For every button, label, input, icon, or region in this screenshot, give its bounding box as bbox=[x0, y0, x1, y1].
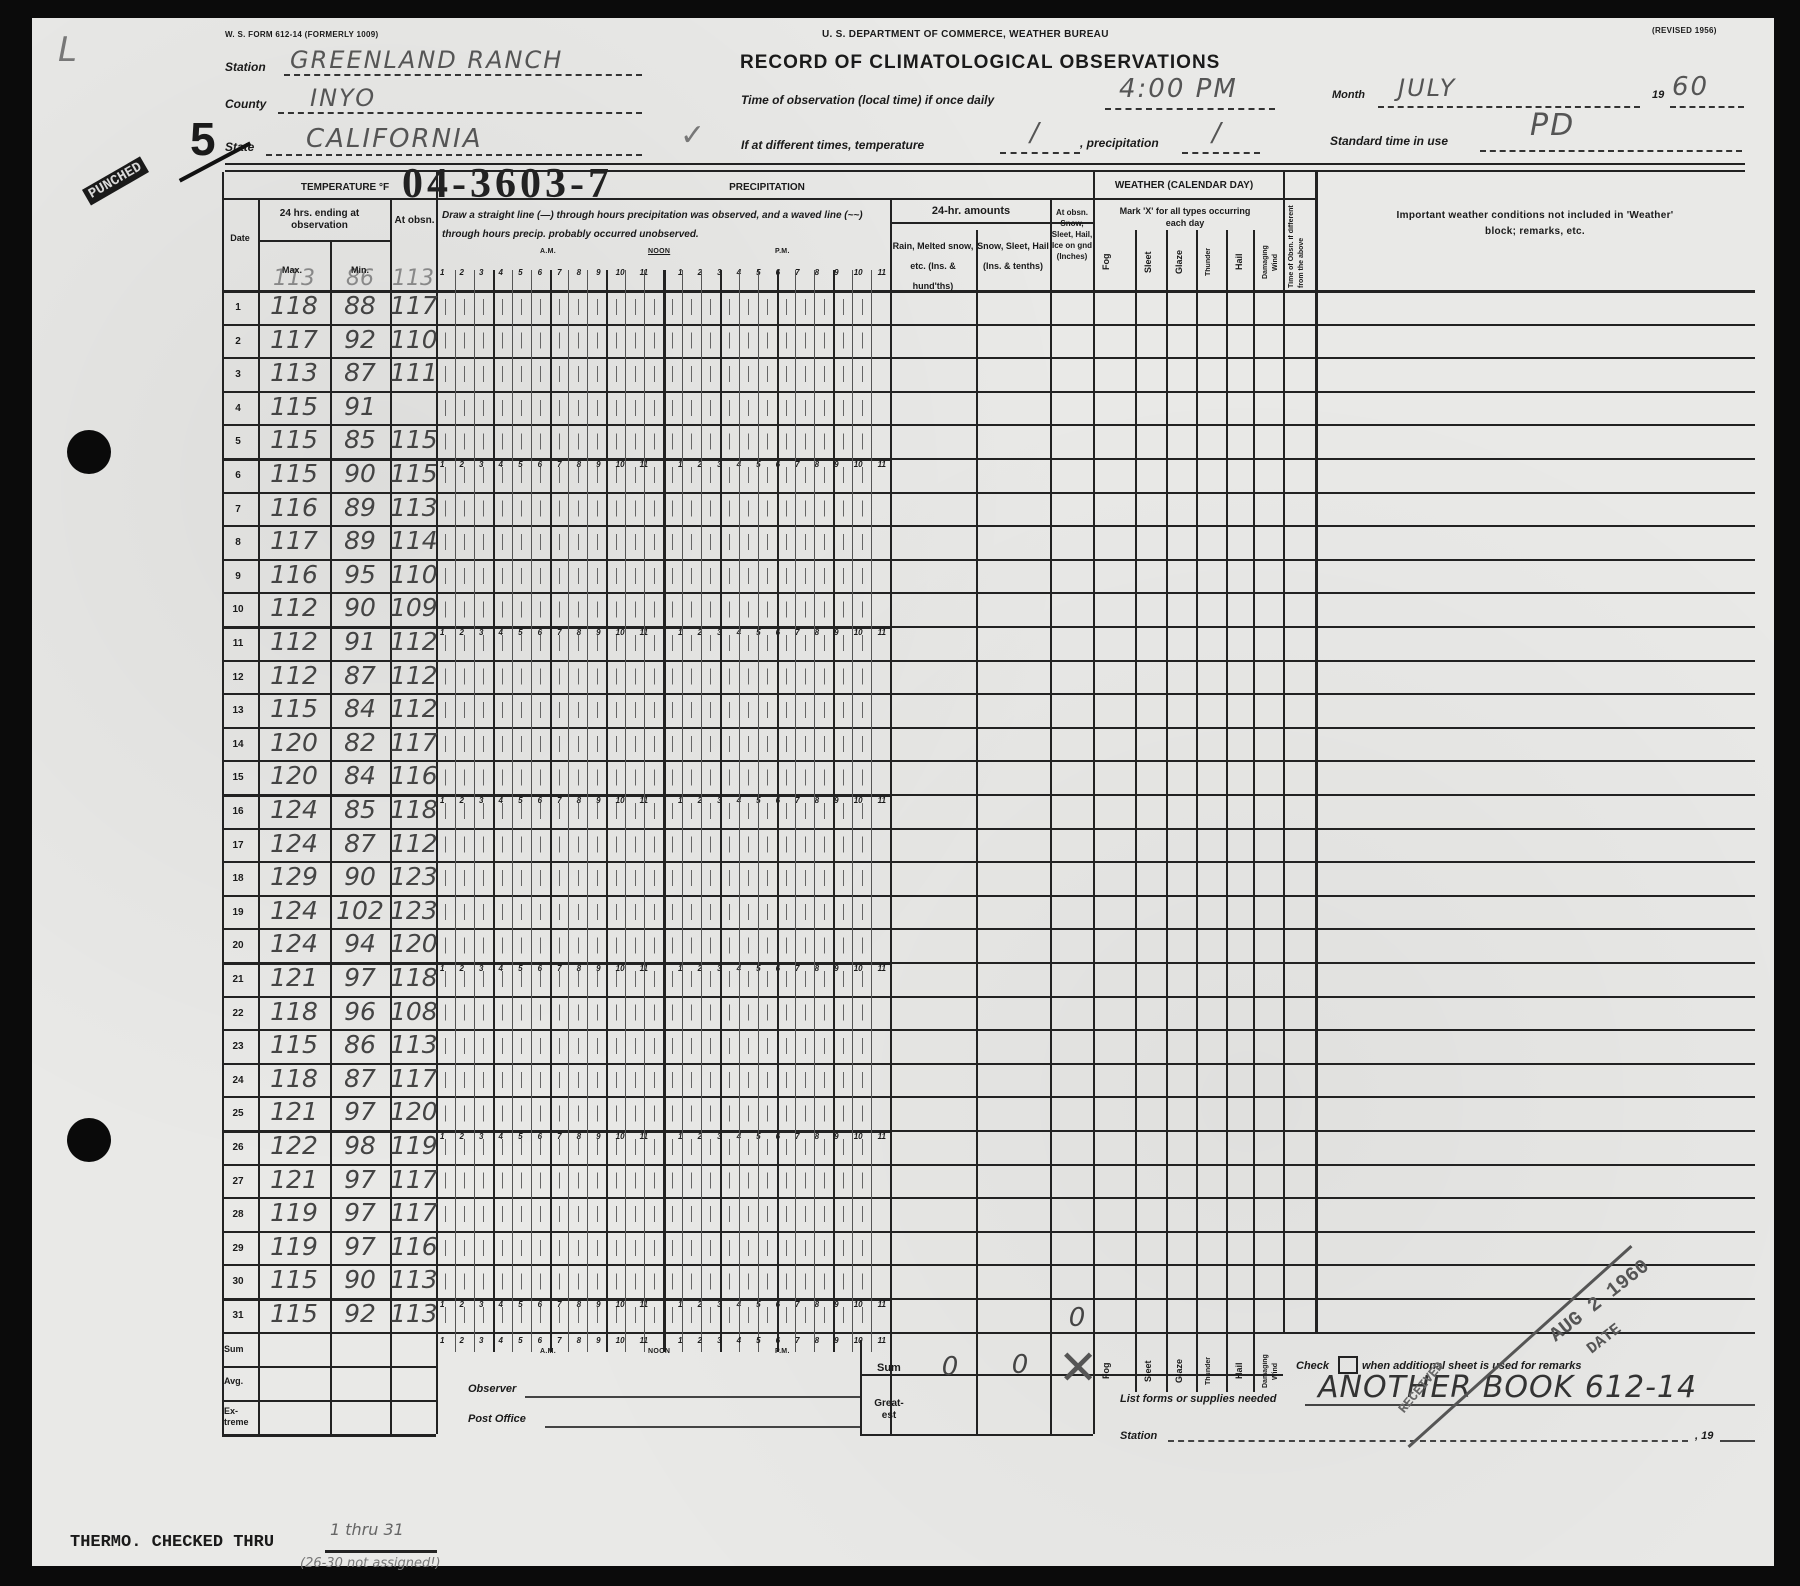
date-cell: 29 bbox=[224, 1243, 252, 1254]
hour-tick-numbers: 12345678910111234567891011 bbox=[440, 1336, 886, 1345]
greatest-label: Great-est bbox=[874, 1398, 904, 1422]
max-temp-cell[interactable]: 116 bbox=[258, 493, 330, 522]
min-temp-cell[interactable]: 94 bbox=[330, 929, 390, 958]
punched-number: 5 bbox=[190, 112, 216, 166]
max-temp-cell[interactable]: 115 bbox=[258, 694, 330, 723]
half-hour-marks bbox=[502, 290, 503, 1332]
hour-tick: 2 bbox=[460, 964, 464, 973]
min-temp-cell[interactable]: 89 bbox=[330, 526, 390, 555]
row-line bbox=[222, 592, 1755, 594]
row-line bbox=[222, 861, 1755, 863]
grid-line bbox=[1283, 172, 1285, 1332]
hour-grid-line bbox=[512, 270, 513, 1352]
obs-temp-cell[interactable]: 117 bbox=[390, 1064, 436, 1093]
station-value: GREENLAND RANCH bbox=[290, 46, 563, 74]
station-field[interactable]: GREENLAND RANCH bbox=[284, 52, 642, 76]
hour-tick: 9 bbox=[596, 268, 600, 277]
hour-tick: 10 bbox=[616, 796, 625, 805]
row-line bbox=[890, 1130, 1755, 1132]
punch-hole-top bbox=[67, 430, 111, 474]
max-temp-cell[interactable]: 124 bbox=[258, 829, 330, 858]
obs-temp-cell[interactable]: 123 bbox=[390, 862, 436, 891]
min-temp-cell[interactable]: 87 bbox=[330, 1064, 390, 1093]
date-cell: 3 bbox=[224, 369, 252, 380]
date-cell: 12 bbox=[224, 672, 252, 683]
time-obs-field[interactable]: 4:00 PM bbox=[1105, 86, 1275, 110]
hour-tick: 11 bbox=[878, 460, 886, 469]
min-temp-cell[interactable]: 90 bbox=[330, 1265, 390, 1294]
weather-col-hail: Hail bbox=[1234, 236, 1251, 288]
post-office-field[interactable] bbox=[545, 1424, 860, 1428]
thermo-value: 1 thru 31 bbox=[330, 1520, 404, 1539]
max-temp-cell[interactable]: 124 bbox=[258, 896, 330, 925]
hour-tick: 4 bbox=[499, 1336, 503, 1345]
time-diff-label: Time of Obsn. if different from the abov… bbox=[1287, 200, 1315, 288]
date-cell: 31 bbox=[224, 1310, 252, 1321]
min-temp-cell[interactable]: 90 bbox=[330, 862, 390, 891]
hour-grid-line bbox=[493, 270, 495, 1352]
max-temp-cell[interactable]: 129 bbox=[258, 862, 330, 891]
grid-line bbox=[258, 240, 390, 242]
max-temp-cell[interactable]: 115 bbox=[258, 459, 330, 488]
max-temp-cell[interactable]: 120 bbox=[258, 761, 330, 790]
max-temp-cell[interactable]: 112 bbox=[258, 661, 330, 690]
hour-tick: 7 bbox=[557, 1336, 561, 1345]
max-temp-cell[interactable]: 115 bbox=[258, 1030, 330, 1059]
obs-temp-cell[interactable]: 118 bbox=[390, 963, 436, 992]
obs-temp-cell[interactable]: 120 bbox=[390, 929, 436, 958]
date-cell: 20 bbox=[224, 940, 252, 951]
check-mark: ✓ bbox=[680, 118, 707, 153]
hour-grid-line bbox=[758, 270, 759, 1352]
snow-label: Snow, Sleet, Hail (Ins. & tenths) bbox=[976, 236, 1050, 276]
hour-tick: 10 bbox=[616, 1336, 625, 1345]
hour-tick: 1 bbox=[678, 1336, 682, 1345]
hour-grid-line bbox=[606, 270, 608, 1352]
diff-temp-field[interactable]: / bbox=[1000, 132, 1080, 154]
date-cell: 9 bbox=[224, 571, 252, 582]
weather-col-fog: Fog bbox=[1101, 236, 1133, 288]
max-temp-cell[interactable]: 124 bbox=[258, 929, 330, 958]
state-value: CALIFORNIA bbox=[306, 124, 482, 154]
hour-tick: 8 bbox=[815, 1336, 819, 1345]
min-temp-cell[interactable]: 98 bbox=[330, 1131, 390, 1160]
max-temp-cell[interactable]: 118 bbox=[258, 291, 330, 320]
date-cell: 30 bbox=[224, 1276, 252, 1287]
row-line bbox=[222, 1197, 1755, 1199]
row-line bbox=[222, 760, 1755, 762]
hour-grid-line bbox=[701, 270, 702, 1352]
half-hour-marks bbox=[597, 290, 598, 1332]
noon-label: NOON bbox=[648, 1348, 670, 1355]
min-temp-cell[interactable]: 84 bbox=[330, 761, 390, 790]
row-line bbox=[222, 559, 1755, 561]
grid-line bbox=[222, 1400, 436, 1402]
precip-label: , precipitation bbox=[1080, 136, 1159, 150]
hour-tick: 9 bbox=[834, 1336, 838, 1345]
max-label: Max. bbox=[262, 264, 322, 276]
obs-temp-cell[interactable]: 113 bbox=[390, 1299, 436, 1328]
min-temp-cell[interactable]: 87 bbox=[330, 829, 390, 858]
grid-line bbox=[1166, 230, 1168, 1392]
obs-temp-cell[interactable]: 112 bbox=[390, 829, 436, 858]
date-cell: 18 bbox=[224, 873, 252, 884]
corner-mark: L bbox=[58, 30, 79, 70]
year-value: 60 bbox=[1672, 72, 1709, 102]
std-time-label: Standard time in use bbox=[1330, 134, 1448, 148]
pm-label: P.M. bbox=[775, 1348, 790, 1355]
min-label: Min. bbox=[330, 264, 390, 276]
hour-tick: 10 bbox=[616, 964, 625, 973]
weather-col-sleet-footer: Sleet bbox=[1143, 1346, 1164, 1396]
min-temp-cell[interactable]: 86 bbox=[330, 1030, 390, 1059]
hour-grid-line bbox=[550, 270, 552, 1352]
half-hour-marks bbox=[578, 290, 579, 1332]
obs-temp-cell[interactable]: 119 bbox=[390, 1131, 436, 1160]
row-line bbox=[222, 660, 1755, 662]
half-hour-marks bbox=[748, 290, 749, 1332]
month-label: Month bbox=[1332, 89, 1365, 101]
min-temp-cell[interactable]: 102 bbox=[330, 896, 390, 925]
min-temp-cell[interactable]: 92 bbox=[330, 1299, 390, 1328]
rain-sum: 0 bbox=[930, 1352, 970, 1382]
half-hour-marks bbox=[635, 290, 636, 1332]
date-cell: 26 bbox=[224, 1142, 252, 1153]
mark-x-label: Mark 'X' for all types occurring each da… bbox=[1110, 205, 1260, 229]
date-cell: 7 bbox=[224, 504, 252, 515]
max-temp-cell[interactable]: 118 bbox=[258, 997, 330, 1026]
date-cell: 24 bbox=[224, 1075, 252, 1086]
hour-tick: 2 bbox=[460, 796, 464, 805]
date-cell: 10 bbox=[224, 604, 252, 615]
hour-tick: 10 bbox=[616, 1300, 625, 1309]
obs-temp-cell[interactable]: 110 bbox=[390, 325, 436, 354]
hour-tick: 11 bbox=[878, 1300, 886, 1309]
weather-col-glaze: Glaze bbox=[1174, 236, 1194, 288]
row-line bbox=[222, 693, 1755, 695]
date-cell: 17 bbox=[224, 840, 252, 851]
hour-grid-line bbox=[531, 270, 532, 1352]
half-hour-marks bbox=[824, 290, 825, 1332]
weather-header: WEATHER (CALENDAR DAY) bbox=[1094, 180, 1274, 192]
month-value: JULY bbox=[1398, 74, 1456, 102]
received-date-label: DATE bbox=[1584, 1320, 1625, 1358]
min-temp-cell[interactable]: 85 bbox=[330, 425, 390, 454]
row-line bbox=[222, 424, 1755, 426]
obs-temp-cell[interactable]: 123 bbox=[390, 896, 436, 925]
sum-label: Sum bbox=[224, 1344, 256, 1355]
hour-tick: 11 bbox=[878, 1336, 886, 1345]
month-field[interactable]: JULY bbox=[1378, 84, 1640, 108]
year-field[interactable]: 60 bbox=[1670, 84, 1744, 108]
amounts-label: 24-hr. amounts bbox=[892, 205, 1050, 217]
grid-line bbox=[1050, 198, 1052, 1434]
max-temp-cell[interactable]: 117 bbox=[258, 325, 330, 354]
hour-tick: 1 bbox=[440, 964, 444, 973]
precip-instructions: Draw a straight line (—) through hours p… bbox=[442, 206, 882, 244]
min-temp-cell[interactable]: 91 bbox=[330, 392, 390, 421]
min-temp-cell[interactable]: 85 bbox=[330, 795, 390, 824]
row-line bbox=[890, 962, 1755, 964]
obs-temp-cell[interactable]: 112 bbox=[390, 627, 436, 656]
obs-temp-cell[interactable]: 109 bbox=[390, 593, 436, 622]
hour-tick: 6 bbox=[538, 268, 542, 277]
date-cell: 22 bbox=[224, 1008, 252, 1019]
grid-line bbox=[222, 1434, 436, 1437]
year-prefix: 19 bbox=[1652, 89, 1664, 101]
min-temp-cell[interactable]: 97 bbox=[330, 1165, 390, 1194]
hour-tick: 2 bbox=[460, 268, 464, 277]
weather-col-hail-footer: Hail bbox=[1234, 1346, 1251, 1396]
county-value: INYO bbox=[310, 84, 376, 112]
station-footer-field[interactable] bbox=[1168, 1438, 1688, 1442]
department: U. S. DEPARTMENT OF COMMERCE, WEATHER BU… bbox=[822, 29, 1109, 40]
half-hour-marks bbox=[691, 290, 692, 1332]
obs-temp-cell[interactable]: 114 bbox=[390, 526, 436, 555]
half-hour-marks bbox=[616, 290, 617, 1332]
snow-obsn-day31: 0 bbox=[1062, 1303, 1092, 1333]
min-temp-cell[interactable]: 82 bbox=[330, 728, 390, 757]
hour-tick: 2 bbox=[460, 1300, 464, 1309]
post-office-label: Post Office bbox=[468, 1413, 526, 1425]
obs-temp-cell[interactable]: 113 bbox=[390, 1030, 436, 1059]
max-temp-cell[interactable]: 115 bbox=[258, 1265, 330, 1294]
row-line bbox=[222, 928, 1755, 930]
snow-sum: 0 bbox=[1000, 1350, 1040, 1380]
max-temp-cell[interactable]: 120 bbox=[258, 728, 330, 757]
max-temp-cell[interactable]: 112 bbox=[258, 627, 330, 656]
max-temp-cell[interactable]: 121 bbox=[258, 1165, 330, 1194]
hrs-label: 24 hrs. ending at observation bbox=[262, 208, 377, 232]
min-temp-cell[interactable]: 97 bbox=[330, 1097, 390, 1126]
obs-temp-cell[interactable]: 113 bbox=[390, 1265, 436, 1294]
hour-tick: 11 bbox=[878, 796, 886, 805]
row-line bbox=[222, 1164, 1755, 1166]
max-temp-cell[interactable]: 113 bbox=[258, 358, 330, 387]
date-cell: 11 bbox=[224, 638, 252, 649]
half-hour-marks bbox=[672, 290, 673, 1332]
date-cell: 27 bbox=[224, 1176, 252, 1187]
min-temp-cell[interactable]: 91 bbox=[330, 627, 390, 656]
obs-temp-cell[interactable]: 117 bbox=[390, 291, 436, 320]
obs-temp-cell[interactable]: 112 bbox=[390, 694, 436, 723]
row-line bbox=[222, 1231, 1755, 1233]
max-temp-cell[interactable]: 115 bbox=[258, 392, 330, 421]
diff-times-label: If at different times, temperature bbox=[741, 138, 924, 152]
row-line bbox=[222, 996, 1755, 998]
county-field[interactable]: INYO bbox=[278, 90, 642, 114]
weather-col-fog-footer: Fog bbox=[1101, 1346, 1133, 1396]
hour-tick: 3 bbox=[479, 268, 483, 277]
grid-line bbox=[860, 1340, 862, 1434]
obs-temp-cell[interactable]: 116 bbox=[390, 1232, 436, 1261]
row-line bbox=[222, 727, 1755, 729]
grid-line bbox=[1315, 172, 1318, 1332]
min-temp-cell[interactable]: 90 bbox=[330, 593, 390, 622]
date-cell: 13 bbox=[224, 705, 252, 716]
obs-temp-cell[interactable]: 113 bbox=[390, 493, 436, 522]
grid-line bbox=[890, 198, 892, 1434]
obs-temp-cell[interactable]: 115 bbox=[390, 459, 436, 488]
hour-tick: 1 bbox=[440, 796, 444, 805]
min-temp-cell[interactable]: 89 bbox=[330, 493, 390, 522]
temperature-header: TEMPERATURE °F bbox=[285, 182, 405, 194]
hour-tick: 10 bbox=[616, 628, 625, 637]
hour-tick: 10 bbox=[616, 268, 625, 277]
half-hour-marks bbox=[464, 290, 465, 1332]
snow-obsn-label: At obsn. Snow, Sleet, Hail, Ice on gnd (… bbox=[1051, 207, 1093, 262]
date-cell: 15 bbox=[224, 772, 252, 783]
date-cell: 6 bbox=[224, 470, 252, 481]
station-footer-year-field[interactable] bbox=[1720, 1438, 1755, 1442]
half-hour-marks bbox=[862, 290, 863, 1332]
hour-grid-line bbox=[625, 270, 626, 1352]
station-label: Station bbox=[225, 60, 266, 74]
row-line bbox=[222, 357, 1755, 359]
max-temp-cell[interactable]: 119 bbox=[258, 1232, 330, 1261]
row-line bbox=[222, 1029, 1755, 1031]
hour-grid-line bbox=[455, 270, 456, 1352]
am-label: A.M. bbox=[540, 1348, 556, 1355]
avg-label: Avg. bbox=[224, 1376, 256, 1387]
row-line bbox=[890, 458, 1755, 460]
hour-grid-line bbox=[852, 270, 853, 1352]
state-field[interactable]: CALIFORNIA bbox=[266, 132, 642, 156]
time-obs-value: 4:00 PM bbox=[1119, 74, 1238, 104]
date-cell: 28 bbox=[224, 1209, 252, 1220]
date-cell: 14 bbox=[224, 739, 252, 750]
hour-tick: 5 bbox=[518, 268, 522, 277]
hour-grid-line bbox=[720, 270, 722, 1352]
date-label: Date bbox=[224, 232, 256, 244]
obs-temp-cell[interactable]: 108 bbox=[390, 997, 436, 1026]
max-temp-cell[interactable]: 112 bbox=[258, 593, 330, 622]
max-temp-cell[interactable]: 118 bbox=[258, 1064, 330, 1093]
min-temp-cell[interactable]: 88 bbox=[330, 291, 390, 320]
form-number: W. S. FORM 612-14 (FORMERLY 1009) bbox=[225, 30, 379, 39]
half-hour-marks bbox=[540, 290, 541, 1332]
half-hour-marks bbox=[521, 290, 522, 1332]
weather-col-thunder-footer: Thunder bbox=[1204, 1346, 1224, 1396]
hour-tick: 1 bbox=[440, 460, 444, 469]
hour-grid-line bbox=[474, 270, 475, 1352]
max-temp-cell[interactable]: 121 bbox=[258, 1097, 330, 1126]
max-temp-cell[interactable]: 116 bbox=[258, 560, 330, 589]
min-temp-cell[interactable]: 92 bbox=[330, 325, 390, 354]
row-line bbox=[222, 1063, 1755, 1065]
max-temp-cell[interactable]: 121 bbox=[258, 963, 330, 992]
max-temp-cell[interactable]: 115 bbox=[258, 425, 330, 454]
weather-col-damaging-wind: Damaging Wind bbox=[1261, 236, 1281, 288]
min-temp-cell[interactable]: 96 bbox=[330, 997, 390, 1026]
weather-col-sleet: Sleet bbox=[1143, 236, 1164, 288]
date-cell: 4 bbox=[224, 403, 252, 414]
weather-col-damaging-wind-footer: Damaging Wind bbox=[1261, 1346, 1281, 1396]
obs-temp-cell[interactable]: 111 bbox=[390, 358, 436, 387]
hour-tick: 9 bbox=[596, 1336, 600, 1345]
obs-temp-cell[interactable]: 116 bbox=[390, 761, 436, 790]
row-line bbox=[890, 626, 1755, 628]
min-temp-cell[interactable]: 97 bbox=[330, 1198, 390, 1227]
min-temp-cell[interactable]: 97 bbox=[330, 1232, 390, 1261]
hour-tick: 11 bbox=[878, 1132, 886, 1141]
obs-temp-cell[interactable]: 117 bbox=[390, 728, 436, 757]
min-temp-cell[interactable]: 87 bbox=[330, 661, 390, 690]
row-line bbox=[222, 525, 1755, 527]
date-cell: 23 bbox=[224, 1041, 252, 1052]
obs-temp-cell[interactable]: 117 bbox=[390, 1165, 436, 1194]
grid-line bbox=[1196, 230, 1198, 1392]
hour-tick: 10 bbox=[616, 460, 625, 469]
row-line bbox=[222, 391, 1755, 393]
grid-line bbox=[1253, 230, 1255, 1392]
snow-obsn-x: ✕ bbox=[1058, 1340, 1098, 1396]
min-temp-cell[interactable]: 90 bbox=[330, 459, 390, 488]
grid-line bbox=[976, 230, 978, 1434]
obs-temp-cell[interactable]: 110 bbox=[390, 560, 436, 589]
std-time-field[interactable]: PD bbox=[1480, 130, 1742, 152]
obs-temp-cell[interactable]: 112 bbox=[390, 661, 436, 690]
max-temp-cell[interactable]: 122 bbox=[258, 1131, 330, 1160]
hour-grid-line bbox=[663, 270, 666, 1352]
hour-tick: 11 bbox=[640, 1336, 648, 1345]
remarks-label: Important weather conditions not include… bbox=[1390, 208, 1680, 240]
station-number-stamp: 04-3603-7 bbox=[402, 160, 613, 208]
obs-temp-cell[interactable]: 115 bbox=[390, 425, 436, 454]
half-hour-marks bbox=[767, 290, 768, 1332]
hour-tick: 11 bbox=[878, 964, 886, 973]
obs-temp-cell[interactable]: 120 bbox=[390, 1097, 436, 1126]
max-temp-cell[interactable]: 117 bbox=[258, 526, 330, 555]
min-temp-cell[interactable]: 95 bbox=[330, 560, 390, 589]
max-temp-cell[interactable]: 124 bbox=[258, 795, 330, 824]
hour-grid-line bbox=[644, 270, 645, 1352]
hour-grid-line bbox=[814, 270, 815, 1352]
grid-line bbox=[222, 290, 1755, 293]
row-line bbox=[890, 794, 1755, 796]
min-temp-cell[interactable]: 84 bbox=[330, 694, 390, 723]
observer-field[interactable] bbox=[525, 1394, 860, 1398]
hour-grid-line bbox=[587, 270, 588, 1352]
precip-field[interactable]: / bbox=[1182, 132, 1260, 154]
max-temp-cell[interactable]: 115 bbox=[258, 1299, 330, 1328]
hour-tick: 3 bbox=[717, 1336, 721, 1345]
row-line bbox=[222, 492, 1755, 494]
min-temp-cell[interactable]: 97 bbox=[330, 963, 390, 992]
rain-label: Rain, Melted snow, etc. (Ins. & hund'ths… bbox=[892, 236, 974, 296]
half-hour-marks bbox=[805, 290, 806, 1332]
county-label: County bbox=[225, 97, 266, 111]
date-cell: 16 bbox=[224, 806, 252, 817]
precip-value: / bbox=[1212, 118, 1223, 148]
hour-grid-line bbox=[795, 270, 796, 1352]
obs-temp-cell[interactable]: 117 bbox=[390, 1198, 436, 1227]
half-hour-marks bbox=[786, 290, 787, 1332]
hour-grid-line bbox=[871, 270, 872, 1352]
hour-tick: 1 bbox=[440, 1300, 444, 1309]
obs-temp-cell[interactable]: 118 bbox=[390, 795, 436, 824]
hour-tick: 8 bbox=[577, 1336, 581, 1345]
date-cell: 19 bbox=[224, 907, 252, 918]
hour-tick: 7 bbox=[795, 1336, 799, 1345]
hour-tick: 1 bbox=[440, 268, 444, 277]
thermo-note: (26-30 not assigned!) bbox=[300, 1556, 441, 1571]
max-temp-cell[interactable]: 119 bbox=[258, 1198, 330, 1227]
hour-tick: 1 bbox=[440, 1336, 444, 1345]
thermo-field[interactable] bbox=[325, 1548, 437, 1553]
hour-tick: 11 bbox=[878, 268, 886, 277]
min-temp-cell[interactable]: 87 bbox=[330, 358, 390, 387]
